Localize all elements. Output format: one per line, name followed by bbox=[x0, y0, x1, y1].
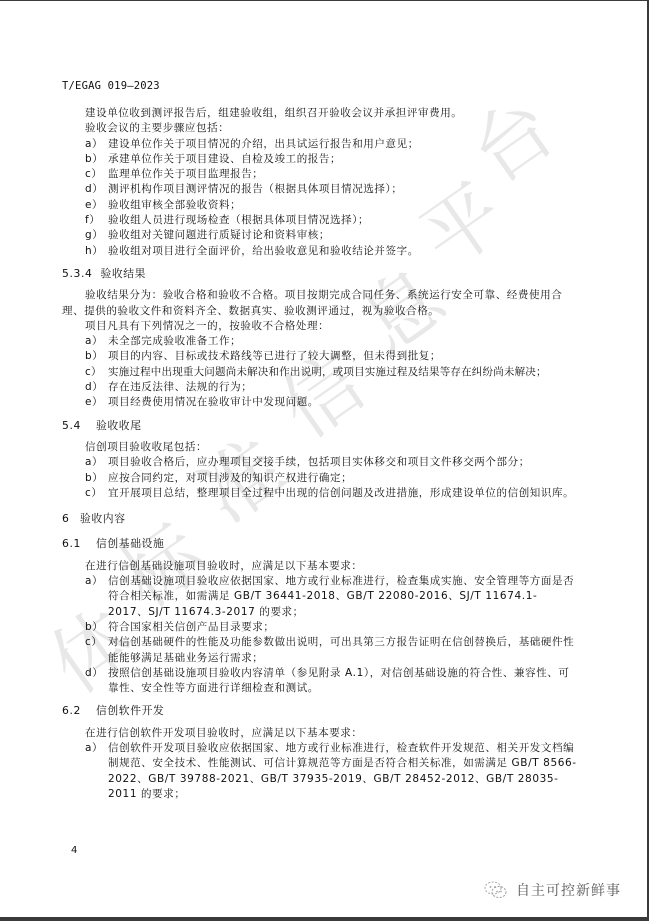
list-item: b）项目的内容、目标或技术路线等已进行了较大调整，但未得到批复； bbox=[62, 349, 577, 364]
list-item: e）验收组审核全部验收资料； bbox=[62, 198, 577, 213]
list-item: f）验收组人员进行现场检查（根据具体项目情况选择）； bbox=[62, 213, 577, 228]
paragraph: 信创项目验收收尾包括： bbox=[62, 440, 577, 455]
paragraph: 项目凡具有下列情况之一的，按验收不合格处理： bbox=[62, 319, 577, 334]
paragraph: 在进行信创软件开发项目验收时，应满足以下基本要求： bbox=[62, 726, 577, 741]
list-item: h）验收组对项目进行全面评价，给出验收意见和验收结论并签字。 bbox=[62, 244, 577, 259]
list-item: d）存在违反法律、法规的行为； bbox=[62, 380, 577, 395]
section-heading-6-1: 6.1信创基础设施 bbox=[62, 536, 577, 551]
list-item: a）项目验收合格后，应办理项目交接手续，包括项目实体移交和项目文件移交两个部分； bbox=[62, 455, 577, 470]
paragraph: 在进行信创基础设施项目验收时，应满足以下基本要求： bbox=[62, 559, 577, 574]
document-body: 建设单位收到测评报告后，组建验收组，组织召开验收会议并承担评审费用。 验收会议的… bbox=[62, 106, 577, 802]
list-item: a）建设单位作关于项目情况的介绍，出具试运行报告和用户意见； bbox=[62, 137, 577, 152]
document-page: 体 标 准 信 息 平 台 T/EGAG 019—2023 建设单位收到测评报告… bbox=[0, 0, 647, 917]
list-item: a）信创基础设施项目验收应依据国家、地方或行业标准进行，检查集成实施、安全管理等… bbox=[62, 574, 577, 620]
wechat-account-badge: 自主可控新鲜事 bbox=[484, 880, 621, 900]
page-number: 4 bbox=[71, 845, 77, 856]
list-item: a）未全部完成验收准备工作； bbox=[62, 334, 577, 349]
wechat-icon bbox=[484, 881, 508, 899]
list-item: g）验收组对关键问题进行质疑讨论和资料审核； bbox=[62, 228, 577, 243]
paragraph: 建设单位收到测评报告后，组建验收组，组织召开验收会议并承担评审费用。 bbox=[62, 106, 577, 121]
standard-code: T/EGAG 019—2023 bbox=[62, 80, 160, 92]
list-item: c）监理单位作关于项目监理报告； bbox=[62, 167, 577, 182]
list-item: c）宜开展项目总结，整理项目全过程中出现的信创问题及改进措施，形成建设单位的信创… bbox=[62, 486, 577, 501]
list-item: e）项目经费使用情况在验收审计中发现问题。 bbox=[62, 395, 577, 410]
list-item: b）符合国家相关信创产品目录要求； bbox=[62, 620, 577, 635]
section-heading-6: 6验收内容 bbox=[62, 511, 577, 526]
list-item: a）信创软件开发项目验收应依据国家、地方或行业标准进行，检查软件开发规范、相关开… bbox=[62, 741, 577, 802]
list-item: b）承建单位作关于项目建设、自检及竣工的报告； bbox=[62, 152, 577, 167]
list-item: c）对信创基础硬件的性能及功能参数做出说明，可出具第三方报告证明在信创替换后，基… bbox=[62, 635, 577, 666]
section-heading-5-4: 5.4验收收尾 bbox=[62, 418, 577, 433]
viewer-frame-bottom bbox=[0, 917, 649, 921]
paragraph: 验收会议的主要步骤应包括： bbox=[62, 121, 577, 136]
account-name: 自主可控新鲜事 bbox=[516, 880, 621, 900]
list-item: c）实施过程中出现重大问题尚未解决和作出说明，或项目实施过程及结果等存在纠纷尚未… bbox=[62, 365, 577, 380]
list-item: b）应按合同约定，对项目涉及的知识产权进行确定； bbox=[62, 471, 577, 486]
list-item: d）按照信创基础设施项目验收内容清单（参见附录 A.1），对信创基础设施的符合性… bbox=[62, 666, 577, 697]
list-item: d）测评机构作项目测评情况的报告（根据具体项目情况选择）； bbox=[62, 182, 577, 197]
section-heading-6-2: 6.2信创软件开发 bbox=[62, 703, 577, 718]
paragraph: 验收结果分为：验收合格和验收不合格。项目按期完成合同任务、系统运行安全可靠、经费… bbox=[62, 288, 577, 319]
section-heading-5-3-4: 5.3.4验收结果 bbox=[62, 266, 577, 281]
